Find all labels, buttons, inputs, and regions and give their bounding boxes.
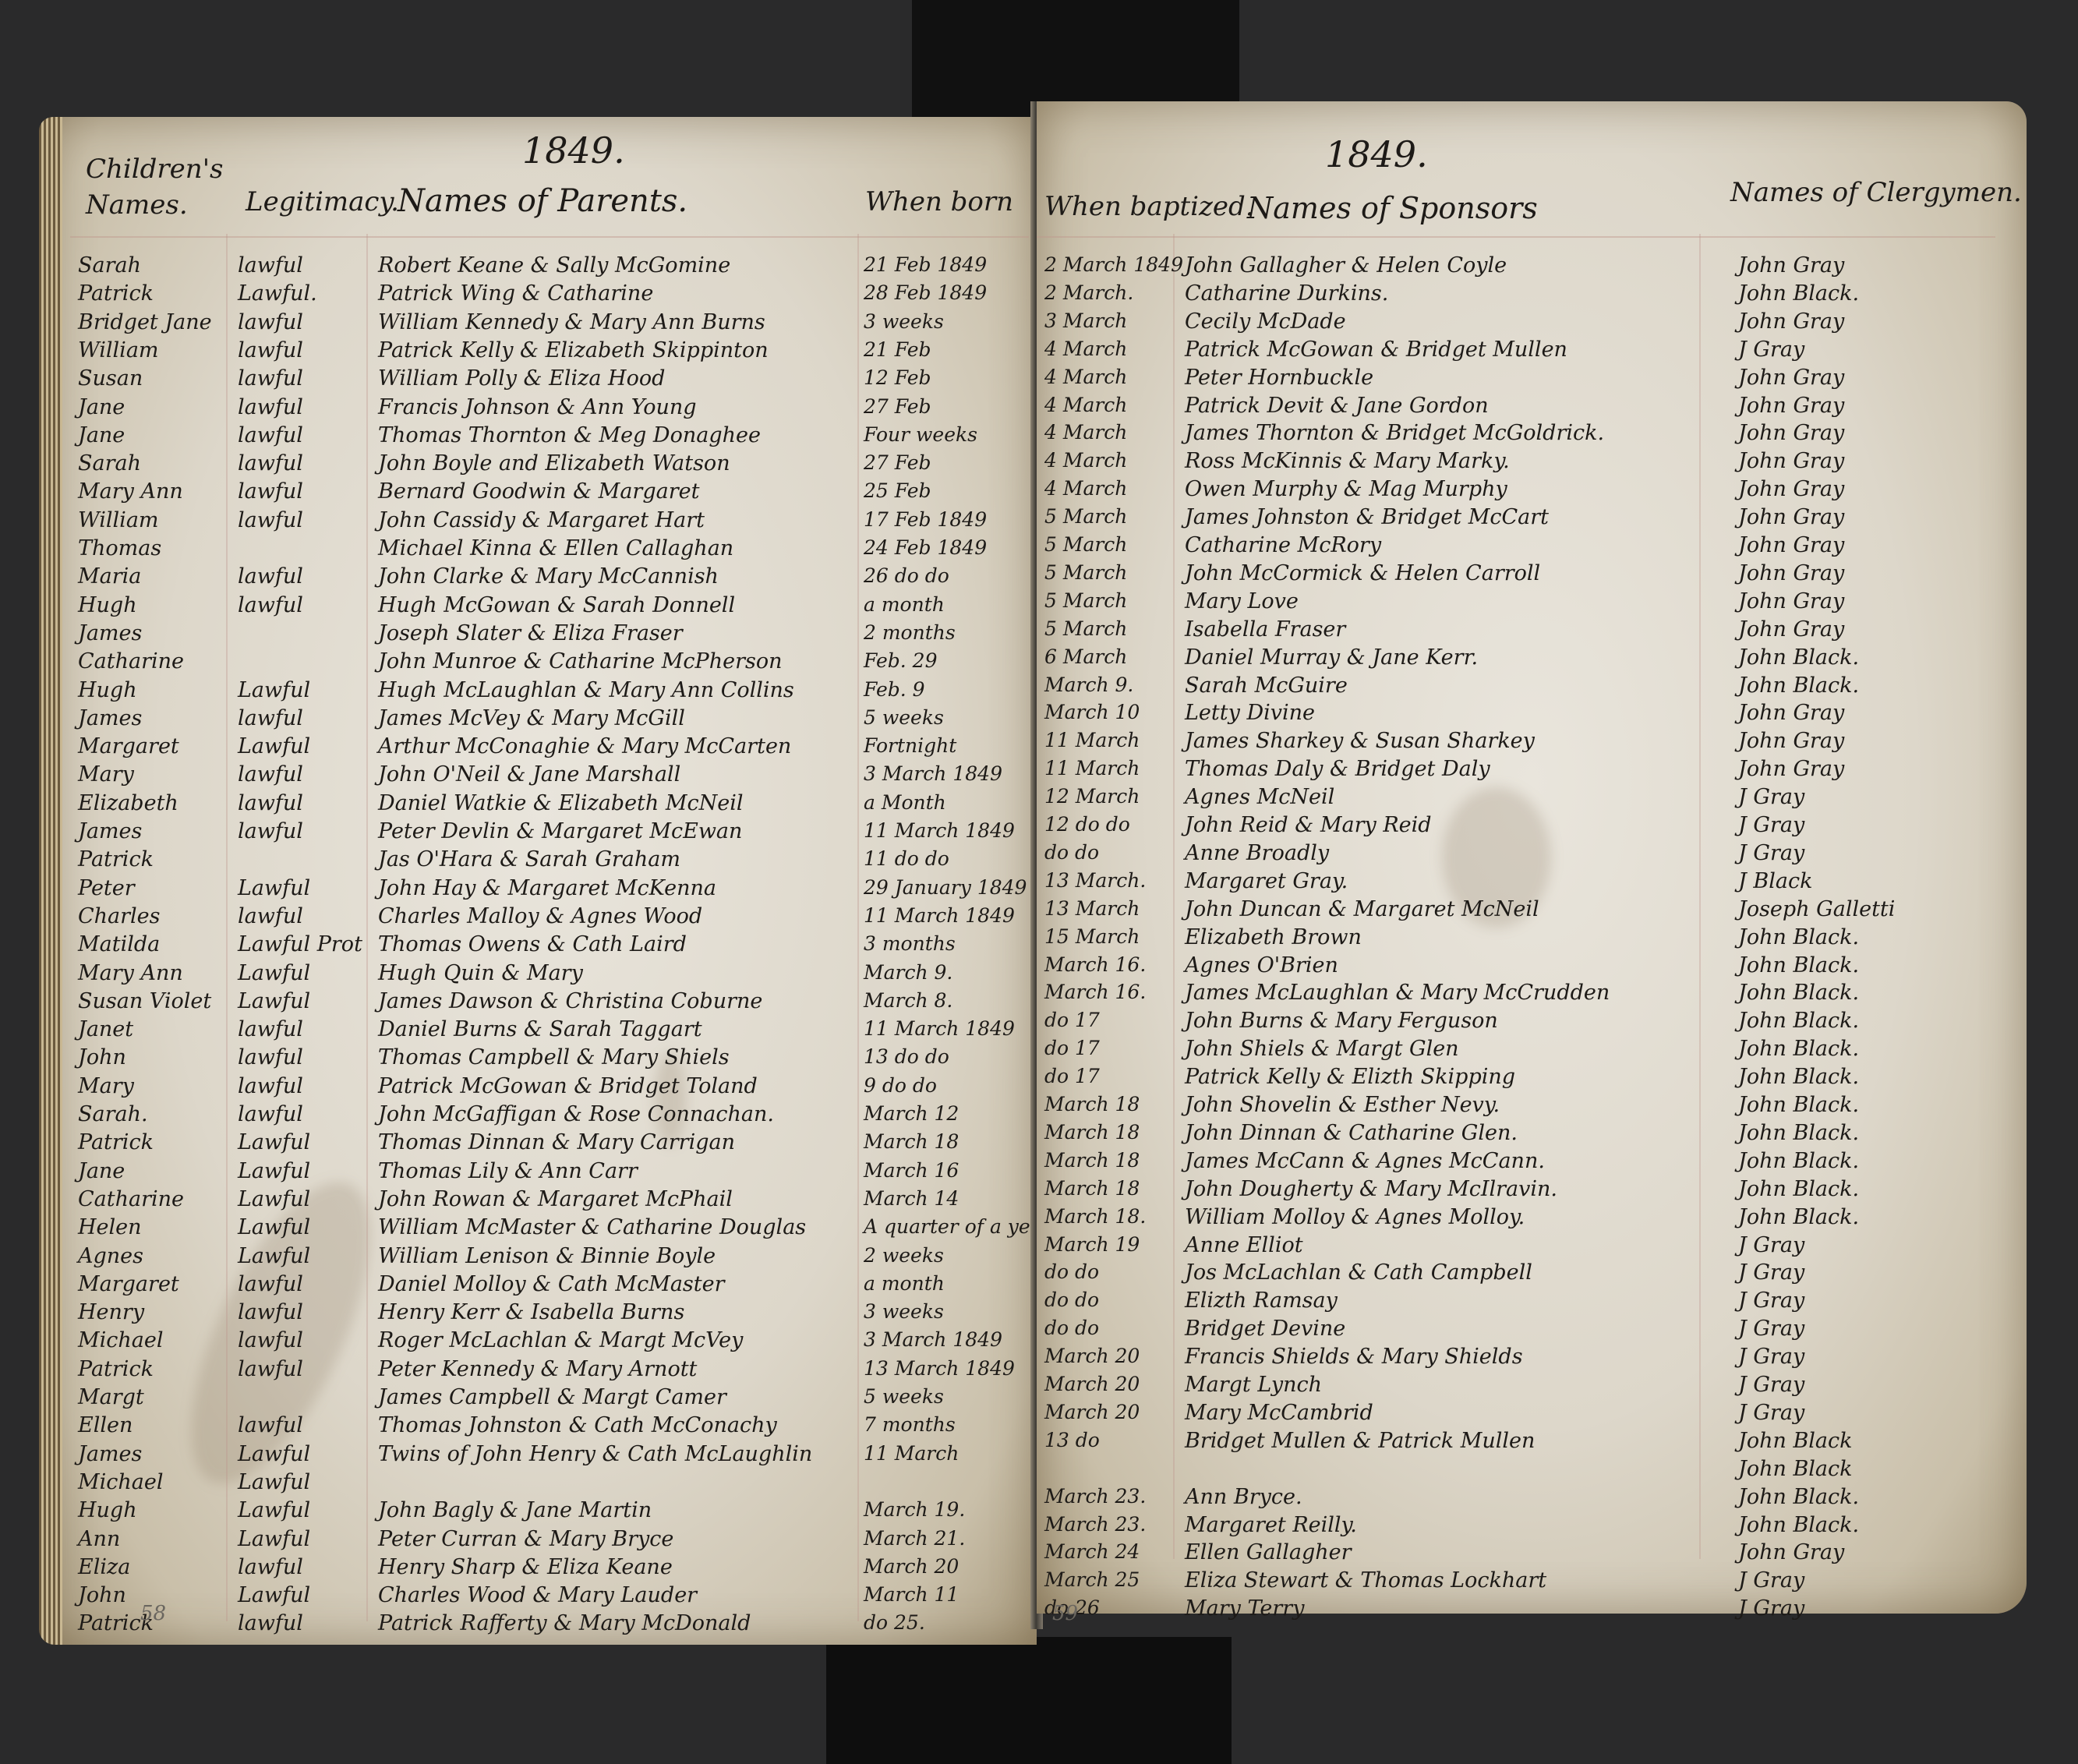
date-born-cell: 25 Feb bbox=[864, 479, 931, 502]
child-name-cell: Mary bbox=[78, 762, 134, 787]
date-born-cell: March 20 bbox=[864, 1555, 959, 1578]
sponsors-cell: Eliza Stewart & Thomas Lockhart bbox=[1185, 1568, 1546, 1593]
register-entry-row: AgnesLawfulWilliam Lenison & Binnie Boyl… bbox=[47, 1244, 1037, 1272]
register-entry-row: March 9.Sarah McGuireJohn Black. bbox=[1037, 673, 2027, 702]
date-baptized-cell: 2 March 1849 bbox=[1044, 253, 1183, 276]
parents-cell: William Polly & Eliza Hood bbox=[378, 366, 665, 391]
sponsors-cell: Thomas Daly & Bridget Daly bbox=[1185, 757, 1490, 781]
clergyman-cell: John Gray bbox=[1738, 253, 1844, 278]
date-born-cell: March 12 bbox=[864, 1102, 959, 1125]
date-born-cell: a month bbox=[864, 1272, 945, 1295]
clergyman-cell: John Black. bbox=[1738, 1093, 1859, 1117]
legitimacy-cell: lawful bbox=[238, 1328, 303, 1352]
clergyman-cell: John Gray bbox=[1738, 617, 1844, 642]
register-entry-row: John Black bbox=[1037, 1457, 2027, 1485]
register-entry-row: 13 doBridget Mullen & Patrick MullenJohn… bbox=[1037, 1429, 2027, 1457]
legitimacy-cell: lawful bbox=[238, 1611, 303, 1635]
clergyman-cell: John Black. bbox=[1738, 281, 1859, 306]
register-entry-row: MarialawfulJohn Clarke & Mary McCannish2… bbox=[47, 564, 1037, 592]
register-entry-row: 11 MarchJames Sharkey & Susan SharkeyJoh… bbox=[1037, 729, 2027, 757]
sponsors-cell: Bridget Mullen & Patrick Mullen bbox=[1185, 1429, 1535, 1453]
child-name-cell: Sarah. bbox=[78, 1102, 148, 1126]
clergyman-cell: John Black. bbox=[1738, 1009, 1859, 1033]
register-entry-row: HughlawfulHugh McGowan & Sarah Donnella … bbox=[47, 593, 1037, 621]
child-name-cell: William bbox=[78, 508, 159, 532]
child-name-cell: John bbox=[78, 1583, 126, 1607]
child-name-cell: Sarah bbox=[78, 253, 141, 278]
sponsors-cell: Agnes O'Brien bbox=[1185, 953, 1338, 977]
parents-cell: Patrick McGowan & Bridget Toland bbox=[378, 1074, 758, 1098]
register-entry-row: MatildaLawful ProtThomas Owens & Cath La… bbox=[47, 932, 1037, 960]
legitimacy-cell: lawful bbox=[238, 1272, 303, 1296]
child-name-cell: James bbox=[78, 621, 142, 645]
sponsors-cell: William Molloy & Agnes Molloy. bbox=[1185, 1205, 1525, 1229]
child-name-cell: Maria bbox=[78, 564, 141, 589]
register-entry-row: MargaretLawfulArthur McConaghie & Mary M… bbox=[47, 734, 1037, 762]
register-entry-row: JanetlawfulDaniel Burns & Sarah Taggart1… bbox=[47, 1017, 1037, 1045]
child-name-cell: Margaret bbox=[78, 1272, 179, 1296]
child-name-cell: James bbox=[78, 706, 142, 730]
legitimacy-cell: lawful bbox=[238, 338, 303, 362]
date-baptized-cell: March 10 bbox=[1044, 701, 1140, 723]
clergyman-cell: John Gray bbox=[1738, 1540, 1844, 1564]
register-entry-row: WilliamlawfulPatrick Kelly & Elizabeth S… bbox=[47, 338, 1037, 366]
register-entry-row: MargaretlawfulDaniel Molloy & Cath McMas… bbox=[47, 1272, 1037, 1300]
date-baptized-cell: March 18 bbox=[1044, 1177, 1140, 1200]
clergyman-cell: John Gray bbox=[1738, 701, 1844, 725]
register-entry-row: March 18John Shovelin & Esther Nevy.John… bbox=[1037, 1093, 2027, 1121]
legitimacy-cell: lawful bbox=[238, 1300, 303, 1324]
register-entry-row: March 16.Agnes O'BrienJohn Black. bbox=[1037, 953, 2027, 981]
date-baptized-cell: March 9. bbox=[1044, 673, 1133, 696]
date-baptized-cell: 4 March bbox=[1044, 421, 1127, 444]
register-entry-row: JanelawfulFrancis Johnson & Ann Young27 … bbox=[47, 395, 1037, 423]
register-entry-row: 12 MarchAgnes McNeilJ Gray bbox=[1037, 785, 2027, 813]
date-baptized-cell: 4 March bbox=[1044, 449, 1127, 472]
sponsors-cell: John Shiels & Margt Glen bbox=[1185, 1037, 1459, 1061]
register-entry-row: 4 MarchJames Thornton & Bridget McGoldri… bbox=[1037, 421, 2027, 449]
legitimacy-cell: Lawful bbox=[238, 1470, 310, 1494]
sponsors-cell: Mary Love bbox=[1185, 589, 1299, 613]
sponsors-cell: Peter Hornbuckle bbox=[1185, 366, 1373, 390]
date-born-cell: 27 Feb bbox=[864, 451, 931, 474]
parents-cell: Robert Keane & Sally McGomine bbox=[378, 253, 730, 278]
clergyman-cell: John Gray bbox=[1738, 366, 1844, 390]
date-born-cell: 13 March 1849 bbox=[864, 1357, 1015, 1380]
background-shadow-bottom bbox=[826, 1637, 1232, 1764]
date-born-cell: 7 months bbox=[864, 1413, 956, 1436]
sponsors-cell: Letty Divine bbox=[1185, 701, 1315, 725]
date-baptized-cell: do 17 bbox=[1044, 1009, 1100, 1031]
sponsors-cell: Ross McKinnis & Mary Marky. bbox=[1185, 449, 1510, 473]
register-entry-row: PatrickJas O'Hara & Sarah Graham11 do do bbox=[47, 847, 1037, 875]
legitimacy-cell: lawful bbox=[238, 1555, 303, 1579]
clergyman-cell: John Black bbox=[1738, 1429, 1853, 1453]
legitimacy-cell: lawful bbox=[238, 564, 303, 589]
date-baptized-cell: 6 March bbox=[1044, 645, 1127, 668]
date-baptized-cell: March 19 bbox=[1044, 1233, 1140, 1256]
sponsors-cell: Mary McCambrid bbox=[1185, 1401, 1373, 1425]
child-name-cell: Michael bbox=[78, 1328, 164, 1352]
register-entry-row: March 16.James McLaughlan & Mary McCrudd… bbox=[1037, 981, 2027, 1009]
parents-cell: Thomas Lily & Ann Carr bbox=[378, 1159, 638, 1183]
date-baptized-cell: March 20 bbox=[1044, 1345, 1140, 1367]
register-entry-row: MargtJames Campbell & Margt Camer5 weeks bbox=[47, 1385, 1037, 1413]
legitimacy-cell: Lawful bbox=[238, 1159, 310, 1183]
sponsors-cell: Margaret Reilly. bbox=[1185, 1513, 1357, 1537]
parents-cell: John Bagly & Jane Martin bbox=[378, 1498, 652, 1522]
parents-cell: Patrick Kelly & Elizabeth Skippinton bbox=[378, 338, 769, 362]
parents-cell: Charles Wood & Mary Lauder bbox=[378, 1583, 697, 1607]
date-born-cell: 11 March 1849 bbox=[864, 904, 1015, 927]
child-name-cell: Hugh bbox=[78, 678, 137, 702]
parents-cell: Charles Malloy & Agnes Wood bbox=[378, 904, 702, 928]
register-entry-row: ThomasMichael Kinna & Ellen Callaghan24 … bbox=[47, 536, 1037, 564]
register-entry-row: HenrylawfulHenry Kerr & Isabella Burns3 … bbox=[47, 1300, 1037, 1328]
date-baptized-cell: 11 March bbox=[1044, 757, 1140, 779]
register-entry-row: March 20Margt LynchJ Gray bbox=[1037, 1373, 2027, 1401]
date-born-cell: March 19. bbox=[864, 1498, 965, 1521]
child-name-cell: Susan bbox=[78, 366, 143, 391]
register-entry-row: 11 MarchThomas Daly & Bridget DalyJohn G… bbox=[1037, 757, 2027, 785]
date-born-cell: Four weeks bbox=[864, 423, 977, 446]
date-born-cell: 3 weeks bbox=[864, 310, 944, 333]
date-born-cell: 2 months bbox=[864, 621, 956, 644]
clergyman-cell: John Black. bbox=[1738, 1177, 1859, 1201]
legitimacy-cell: lawful bbox=[238, 819, 303, 843]
date-baptized-cell: March 16. bbox=[1044, 953, 1146, 976]
register-entry-row: 2 March 1849John Gallagher & Helen Coyle… bbox=[1037, 253, 2027, 281]
clergyman-cell: John Gray bbox=[1738, 309, 1844, 334]
clergyman-cell: John Gray bbox=[1738, 449, 1844, 473]
legitimacy-cell: lawful bbox=[238, 904, 303, 928]
sponsors-cell: John Reid & Mary Reid bbox=[1185, 813, 1432, 837]
sponsors-cell: Patrick McGowan & Bridget Mullen bbox=[1185, 338, 1567, 362]
register-entry-row: 5 MarchIsabella FraserJohn Gray bbox=[1037, 617, 2027, 645]
date-baptized-cell: do do bbox=[1044, 1317, 1099, 1339]
child-name-cell: Margaret bbox=[78, 734, 179, 758]
date-born-cell: March 14 bbox=[864, 1187, 959, 1210]
date-baptized-cell: 4 March bbox=[1044, 366, 1127, 388]
clergyman-cell: John Black. bbox=[1738, 1149, 1859, 1173]
date-baptized-cell: March 20 bbox=[1044, 1401, 1140, 1423]
parents-cell: Arthur McConaghie & Mary McCarten bbox=[378, 734, 791, 758]
register-entry-row: 12 do doJohn Reid & Mary ReidJ Gray bbox=[1037, 813, 2027, 841]
register-entry-row: 4 MarchPatrick Devit & Jane GordonJohn G… bbox=[1037, 394, 2027, 422]
date-born-cell: 3 March 1849 bbox=[864, 762, 1002, 785]
register-entry-row: March 19Anne ElliotJ Gray bbox=[1037, 1233, 2027, 1261]
sponsors-cell: Mary Terry bbox=[1185, 1596, 1304, 1621]
register-entry-row: March 23.Ann Bryce.John Black. bbox=[1037, 1485, 2027, 1513]
parents-cell: Patrick Rafferty & Mary McDonald bbox=[378, 1611, 751, 1635]
date-baptized-cell: do 17 bbox=[1044, 1065, 1100, 1087]
register-entry-row: 4 MarchPeter HornbuckleJohn Gray bbox=[1037, 366, 2027, 394]
clergyman-cell: John Black. bbox=[1738, 1037, 1859, 1061]
date-baptized-cell: March 23. bbox=[1044, 1513, 1146, 1536]
sponsors-cell: Ellen Gallagher bbox=[1185, 1540, 1352, 1564]
child-name-cell: Hugh bbox=[78, 1498, 137, 1522]
sponsors-cell: Bridget Devine bbox=[1185, 1317, 1345, 1341]
date-born-cell: 2 weeks bbox=[864, 1244, 944, 1267]
sponsors-cell: John Duncan & Margaret McNeil bbox=[1185, 897, 1539, 921]
register-entry-row: 5 MarchCatharine McRoryJohn Gray bbox=[1037, 533, 2027, 561]
legitimacy-cell: lawful bbox=[238, 791, 303, 815]
legitimacy-cell: Lawful bbox=[238, 876, 310, 900]
sponsors-cell: James Thornton & Bridget McGoldrick. bbox=[1185, 421, 1604, 445]
register-entry-row: HelenLawfulWilliam McMaster & Catharine … bbox=[47, 1215, 1037, 1243]
child-name-cell: Helen bbox=[78, 1215, 142, 1239]
sponsors-cell: Cecily McDade bbox=[1185, 309, 1346, 334]
register-entry-row: ElizalawfulHenry Sharp & Eliza KeaneMarc… bbox=[47, 1555, 1037, 1583]
register-entry-row: JanelawfulThomas Thornton & Meg Donaghee… bbox=[47, 423, 1037, 451]
legitimacy-cell: Lawful bbox=[238, 1244, 310, 1268]
child-name-cell: Sarah bbox=[78, 451, 141, 475]
clergyman-cell: John Black. bbox=[1738, 1121, 1859, 1145]
date-born-cell: 24 Feb 1849 bbox=[864, 536, 987, 559]
register-entry-row: Sarah.lawfulJohn McGaffigan & Rose Conna… bbox=[47, 1102, 1037, 1130]
legitimacy-cell: lawful bbox=[238, 1102, 303, 1126]
register-entry-row: 4 MarchOwen Murphy & Mag MurphyJohn Gray bbox=[1037, 477, 2027, 505]
register-entry-row: Bridget JanelawfulWilliam Kennedy & Mary… bbox=[47, 310, 1037, 338]
register-entry-row: CharleslawfulCharles Malloy & Agnes Wood… bbox=[47, 904, 1037, 932]
date-baptized-cell: March 18 bbox=[1044, 1149, 1140, 1172]
legitimacy-cell: lawful bbox=[238, 1045, 303, 1069]
date-baptized-cell: 2 March. bbox=[1044, 281, 1133, 304]
date-born-cell: March 8. bbox=[864, 989, 952, 1012]
date-baptized-cell: 11 March bbox=[1044, 729, 1140, 751]
clergyman-cell: John Black. bbox=[1738, 673, 1859, 698]
parents-cell: Peter Kennedy & Mary Arnott bbox=[378, 1357, 697, 1381]
sponsors-cell: Owen Murphy & Mag Murphy bbox=[1185, 477, 1507, 501]
date-born-cell: Fortnight bbox=[864, 734, 956, 757]
legitimacy-cell: lawful bbox=[238, 706, 303, 730]
sponsors-cell: James Sharkey & Susan Sharkey bbox=[1185, 729, 1535, 753]
parents-cell: John Munroe & Catharine McPherson bbox=[378, 649, 783, 673]
sponsors-cell: John Gallagher & Helen Coyle bbox=[1185, 253, 1507, 278]
register-entry-row: do 26Mary TerryJ Gray bbox=[1037, 1596, 2027, 1624]
parents-cell: James Campbell & Margt Camer bbox=[378, 1385, 726, 1409]
register-entry-row: March 20Mary McCambridJ Gray bbox=[1037, 1401, 2027, 1429]
clergyman-cell: John Gray bbox=[1738, 533, 1844, 557]
register-entry-row: do doBridget DevineJ Gray bbox=[1037, 1317, 2027, 1345]
sponsors-cell: Margaret Gray. bbox=[1185, 869, 1348, 893]
parents-cell: John McGaffigan & Rose Connachan. bbox=[378, 1102, 774, 1126]
clergyman-cell: J Gray bbox=[1738, 785, 1804, 809]
clergyman-cell: John Gray bbox=[1738, 505, 1844, 529]
parents-cell: James Dawson & Christina Coburne bbox=[378, 989, 762, 1013]
date-born-cell: March 21. bbox=[864, 1527, 965, 1550]
clergyman-cell: J Gray bbox=[1738, 338, 1804, 362]
child-name-cell: Bridget Jane bbox=[78, 310, 212, 334]
sponsors-cell: James McCann & Agnes McCann. bbox=[1185, 1149, 1545, 1173]
child-name-cell: Patrick bbox=[78, 1130, 154, 1154]
clergyman-cell: J Gray bbox=[1738, 1317, 1804, 1341]
right-register-rows: 2 March 1849John Gallagher & Helen Coyle… bbox=[1037, 101, 2027, 1614]
clergyman-cell: J Gray bbox=[1738, 1401, 1804, 1425]
child-name-cell: Elizabeth bbox=[78, 791, 178, 815]
clergyman-cell: John Black. bbox=[1738, 1205, 1859, 1229]
register-entry-row: JamesLawfulTwins of John Henry & Cath Mc… bbox=[47, 1442, 1037, 1470]
date-born-cell: 3 March 1849 bbox=[864, 1328, 1002, 1351]
register-entry-row: do doJos McLachlan & Cath CampbellJ Gray bbox=[1037, 1260, 2027, 1289]
clergyman-cell: John Gray bbox=[1738, 394, 1844, 418]
legitimacy-cell: lawful bbox=[238, 1017, 303, 1041]
date-baptized-cell: do 17 bbox=[1044, 1037, 1100, 1059]
clergyman-cell: John Black bbox=[1738, 1457, 1853, 1481]
sponsors-cell: John McCormick & Helen Carroll bbox=[1185, 561, 1540, 585]
date-born-cell: 12 Feb bbox=[864, 366, 931, 389]
parents-cell: James McVey & Mary McGill bbox=[378, 706, 685, 730]
sponsors-cell: James Johnston & Bridget McCart bbox=[1185, 505, 1549, 529]
date-born-cell: 11 March 1849 bbox=[864, 819, 1015, 842]
clergyman-cell: John Black. bbox=[1738, 1513, 1859, 1537]
legitimacy-cell: lawful bbox=[238, 1413, 303, 1437]
parents-cell: Roger McLachlan & Margt McVey bbox=[378, 1328, 743, 1352]
register-entry-row: MarylawfulJohn O'Neil & Jane Marshall3 M… bbox=[47, 762, 1037, 790]
parents-cell: William McMaster & Catharine Douglas bbox=[378, 1215, 806, 1239]
parents-cell: John Clarke & Mary McCannish bbox=[378, 564, 719, 589]
register-entry-row: JamesJoseph Slater & Eliza Fraser2 month… bbox=[47, 621, 1037, 649]
legitimacy-cell: Lawful bbox=[238, 1498, 310, 1522]
register-entry-row: JameslawfulPeter Devlin & Margaret McEwa… bbox=[47, 819, 1037, 847]
parents-cell: Daniel Burns & Sarah Taggart bbox=[378, 1017, 702, 1041]
child-name-cell: Jane bbox=[78, 1159, 125, 1183]
sponsors-cell: John Dougherty & Mary McIlravin. bbox=[1185, 1177, 1557, 1201]
register-entry-row: March 18John Dougherty & Mary McIlravin.… bbox=[1037, 1177, 2027, 1205]
clergyman-cell: John Black. bbox=[1738, 1065, 1859, 1089]
sponsors-cell: Sarah McGuire bbox=[1185, 673, 1348, 698]
legitimacy-cell: lawful bbox=[238, 479, 303, 504]
legitimacy-cell: lawful bbox=[238, 451, 303, 475]
clergyman-cell: J Gray bbox=[1738, 1345, 1804, 1369]
parents-cell: John Hay & Margaret McKenna bbox=[378, 876, 716, 900]
date-born-cell: 9 do do bbox=[864, 1074, 937, 1097]
register-entry-row: do 17John Shiels & Margt GlenJohn Black. bbox=[1037, 1037, 2027, 1065]
child-name-cell: James bbox=[78, 1442, 142, 1466]
clergyman-cell: John Black. bbox=[1738, 953, 1859, 977]
date-baptized-cell: 13 March. bbox=[1044, 869, 1146, 892]
clergyman-cell: J Gray bbox=[1738, 813, 1804, 837]
date-born-cell: March 11 bbox=[864, 1583, 959, 1606]
clergyman-cell: John Black. bbox=[1738, 981, 1859, 1005]
parents-cell: John O'Neil & Jane Marshall bbox=[378, 762, 680, 787]
date-baptized-cell: 4 March bbox=[1044, 394, 1127, 416]
date-baptized-cell: March 18 bbox=[1044, 1093, 1140, 1115]
date-baptized-cell: 5 March bbox=[1044, 533, 1127, 556]
register-entry-row: March 23.Margaret Reilly.John Black. bbox=[1037, 1513, 2027, 1541]
register-entry-row: SusanlawfulWilliam Polly & Eliza Hood12 … bbox=[47, 366, 1037, 394]
date-born-cell: 3 months bbox=[864, 932, 956, 955]
parents-cell: Hugh Quin & Mary bbox=[378, 961, 583, 985]
date-born-cell: 3 weeks bbox=[864, 1300, 944, 1323]
date-baptized-cell: 4 March bbox=[1044, 477, 1127, 500]
legitimacy-cell: lawful bbox=[238, 253, 303, 278]
date-baptized-cell: 13 March bbox=[1044, 897, 1140, 920]
register-entry-row: March 18James McCann & Agnes McCann.John… bbox=[1037, 1149, 2027, 1177]
date-baptized-cell: 4 March bbox=[1044, 338, 1127, 360]
sponsors-cell: John Shovelin & Esther Nevy. bbox=[1185, 1093, 1500, 1117]
clergyman-cell: John Gray bbox=[1738, 729, 1844, 753]
clergyman-cell: J Gray bbox=[1738, 1596, 1804, 1621]
register-entry-row: JameslawfulJames McVey & Mary McGill5 we… bbox=[47, 706, 1037, 734]
register-entry-row: CatharineJohn Munroe & Catharine McPhers… bbox=[47, 649, 1037, 677]
child-name-cell: Mary Ann bbox=[78, 479, 183, 504]
legitimacy-cell: lawful bbox=[238, 310, 303, 334]
date-born-cell: Feb. 9 bbox=[864, 678, 925, 701]
sponsors-cell: Elizabeth Brown bbox=[1185, 925, 1362, 949]
register-entry-row: WilliamlawfulJohn Cassidy & Margaret Har… bbox=[47, 508, 1037, 536]
date-born-cell: Feb. 29 bbox=[864, 649, 937, 672]
date-born-cell: 11 March 1849 bbox=[864, 1017, 1015, 1040]
parents-cell: Francis Johnson & Ann Young bbox=[378, 395, 697, 419]
register-entry-row: 5 MarchMary LoveJohn Gray bbox=[1037, 589, 2027, 617]
register-entry-row: March 25Eliza Stewart & Thomas LockhartJ… bbox=[1037, 1568, 2027, 1596]
register-entry-row: March 10Letty DivineJohn Gray bbox=[1037, 701, 2027, 729]
register-entry-row: MichaellawfulRoger McLachlan & Margt McV… bbox=[47, 1328, 1037, 1356]
register-entry-row: AnnLawfulPeter Curran & Mary BryceMarch … bbox=[47, 1527, 1037, 1555]
child-name-cell: Eliza bbox=[78, 1555, 130, 1579]
parents-cell: William Kennedy & Mary Ann Burns bbox=[378, 310, 765, 334]
sponsors-cell: Daniel Murray & Jane Kerr. bbox=[1185, 645, 1478, 670]
clergyman-cell: John Black. bbox=[1738, 645, 1859, 670]
date-born-cell: 17 Feb 1849 bbox=[864, 508, 987, 531]
sponsors-cell: Anne Broadly bbox=[1185, 841, 1329, 865]
register-entry-row: PatrickLawful.Patrick Wing & Catharine28… bbox=[47, 281, 1037, 309]
date-born-cell: 28 Feb 1849 bbox=[864, 281, 987, 304]
date-born-cell: 13 do do bbox=[864, 1045, 949, 1068]
legitimacy-cell: Lawful bbox=[238, 1130, 310, 1154]
register-entry-row: 3 MarchCecily McDadeJohn Gray bbox=[1037, 309, 2027, 338]
child-name-cell: Agnes bbox=[78, 1244, 143, 1268]
parents-cell: Joseph Slater & Eliza Fraser bbox=[378, 621, 683, 645]
date-baptized-cell: 12 do do bbox=[1044, 813, 1130, 836]
sponsors-cell: Patrick Kelly & Elizth Skipping bbox=[1185, 1065, 1515, 1089]
clergyman-cell: John Black. bbox=[1738, 925, 1859, 949]
register-entry-row: 13 MarchJohn Duncan & Margaret McNeilJos… bbox=[1037, 897, 2027, 925]
legitimacy-cell: lawful bbox=[238, 762, 303, 787]
register-entry-row: do doElizth RamsayJ Gray bbox=[1037, 1289, 2027, 1317]
date-baptized-cell: March 23. bbox=[1044, 1485, 1146, 1508]
register-entry-row: March 18John Dinnan & Catharine Glen.Joh… bbox=[1037, 1121, 2027, 1149]
clergyman-cell: John Black. bbox=[1738, 1485, 1859, 1509]
parents-cell: Henry Kerr & Isabella Burns bbox=[378, 1300, 684, 1324]
child-name-cell: Hugh bbox=[78, 593, 137, 617]
register-entry-row: March 20Francis Shields & Mary ShieldsJ … bbox=[1037, 1345, 2027, 1373]
parents-cell: Daniel Molloy & Cath McMaster bbox=[378, 1272, 725, 1296]
legitimacy-cell: Lawful bbox=[238, 678, 310, 702]
date-baptized-cell: 5 March bbox=[1044, 561, 1127, 584]
parents-cell: Peter Devlin & Margaret McEwan bbox=[378, 819, 742, 843]
child-name-cell: Mary bbox=[78, 1074, 134, 1098]
date-born-cell: March 9. bbox=[864, 961, 952, 984]
parents-cell: Hugh McGowan & Sarah Donnell bbox=[378, 593, 735, 617]
register-entry-row: 15 MarchElizabeth BrownJohn Black. bbox=[1037, 925, 2027, 953]
register-entry-row: PatrickLawfulThomas Dinnan & Mary Carrig… bbox=[47, 1130, 1037, 1158]
register-entry-row: JohnLawfulCharles Wood & Mary LauderMarc… bbox=[47, 1583, 1037, 1611]
register-entry-row: MichaelLawful bbox=[47, 1470, 1037, 1498]
date-baptized-cell: 12 March bbox=[1044, 785, 1140, 808]
legitimacy-cell: lawful bbox=[238, 593, 303, 617]
child-name-cell: Patrick bbox=[78, 1357, 154, 1381]
date-baptized-cell: do do bbox=[1044, 1289, 1099, 1311]
clergyman-cell: J Gray bbox=[1738, 1373, 1804, 1397]
date-born-cell: a month bbox=[864, 593, 945, 616]
child-name-cell: Mary Ann bbox=[78, 961, 183, 985]
parents-cell: Twins of John Henry & Cath McLaughlin bbox=[378, 1442, 812, 1466]
register-entry-row: PatricklawfulPatrick Rafferty & Mary McD… bbox=[47, 1611, 1037, 1639]
child-name-cell: Patrick bbox=[78, 847, 154, 871]
clergyman-cell: John Gray bbox=[1738, 561, 1844, 585]
